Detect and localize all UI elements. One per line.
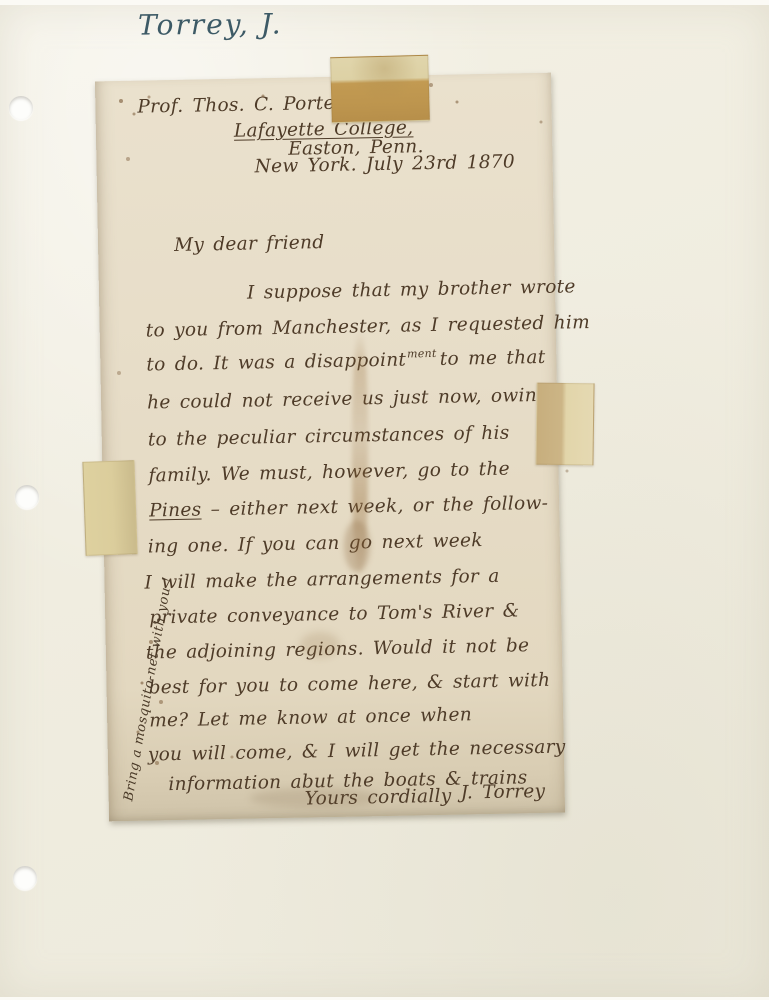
tape-left xyxy=(82,460,137,556)
body-line: Pines – either next week, or the follow- xyxy=(149,493,548,522)
punch-hole-bottom xyxy=(13,866,37,890)
body-line-text: – either next week, or the follow- xyxy=(201,493,548,521)
body-line: the adjoining regions. Would it not be xyxy=(146,635,530,663)
tape-top xyxy=(330,55,430,124)
punch-hole-top xyxy=(9,96,33,120)
salutation: My dear friend xyxy=(174,232,325,256)
body-line: you will come, & I will get the necessar… xyxy=(148,737,566,766)
body-line: best for you to come here, & start with xyxy=(148,670,550,699)
body-line: I will make the arrangements for a xyxy=(144,566,499,594)
body-line: to you from Manchester, as I requested h… xyxy=(146,312,591,342)
dateline: New York. July 23rd 1870 xyxy=(254,151,515,177)
underlined-word: Pines xyxy=(149,499,202,521)
archive-label: Torrey, J. xyxy=(138,7,283,41)
body-line: to do. It was a disappointmentto me that xyxy=(146,347,545,376)
body-line: ing one. If you can go next week xyxy=(148,530,483,557)
body-line: to the peculiar circumstances of his xyxy=(148,423,510,451)
body-line: he could not receive us just now, owing xyxy=(147,385,549,414)
letter-sheet: Prof. Thos. C. Porter, Lafayette College… xyxy=(95,73,565,822)
body-line: private conveyance to Tom's River & xyxy=(149,600,520,628)
foxing-specks xyxy=(0,0,2,2)
recipient-name: Prof. Thos. C. Porter, xyxy=(137,93,348,118)
closing: Yours cordially xyxy=(305,786,452,810)
body-line: I suppose that my brother wrote xyxy=(247,276,576,303)
body-line: family. We must, however, go to the xyxy=(148,459,510,487)
body-line: me? Let me know at once when xyxy=(149,704,472,731)
tape-right xyxy=(535,383,594,466)
punch-hole-middle xyxy=(15,485,39,509)
inserted-word: ment xyxy=(407,347,437,361)
body-line-text: to do. It was a disappoint xyxy=(146,350,406,376)
signature: J. Torrey xyxy=(460,781,545,804)
body-line-text: to me that xyxy=(440,347,546,370)
